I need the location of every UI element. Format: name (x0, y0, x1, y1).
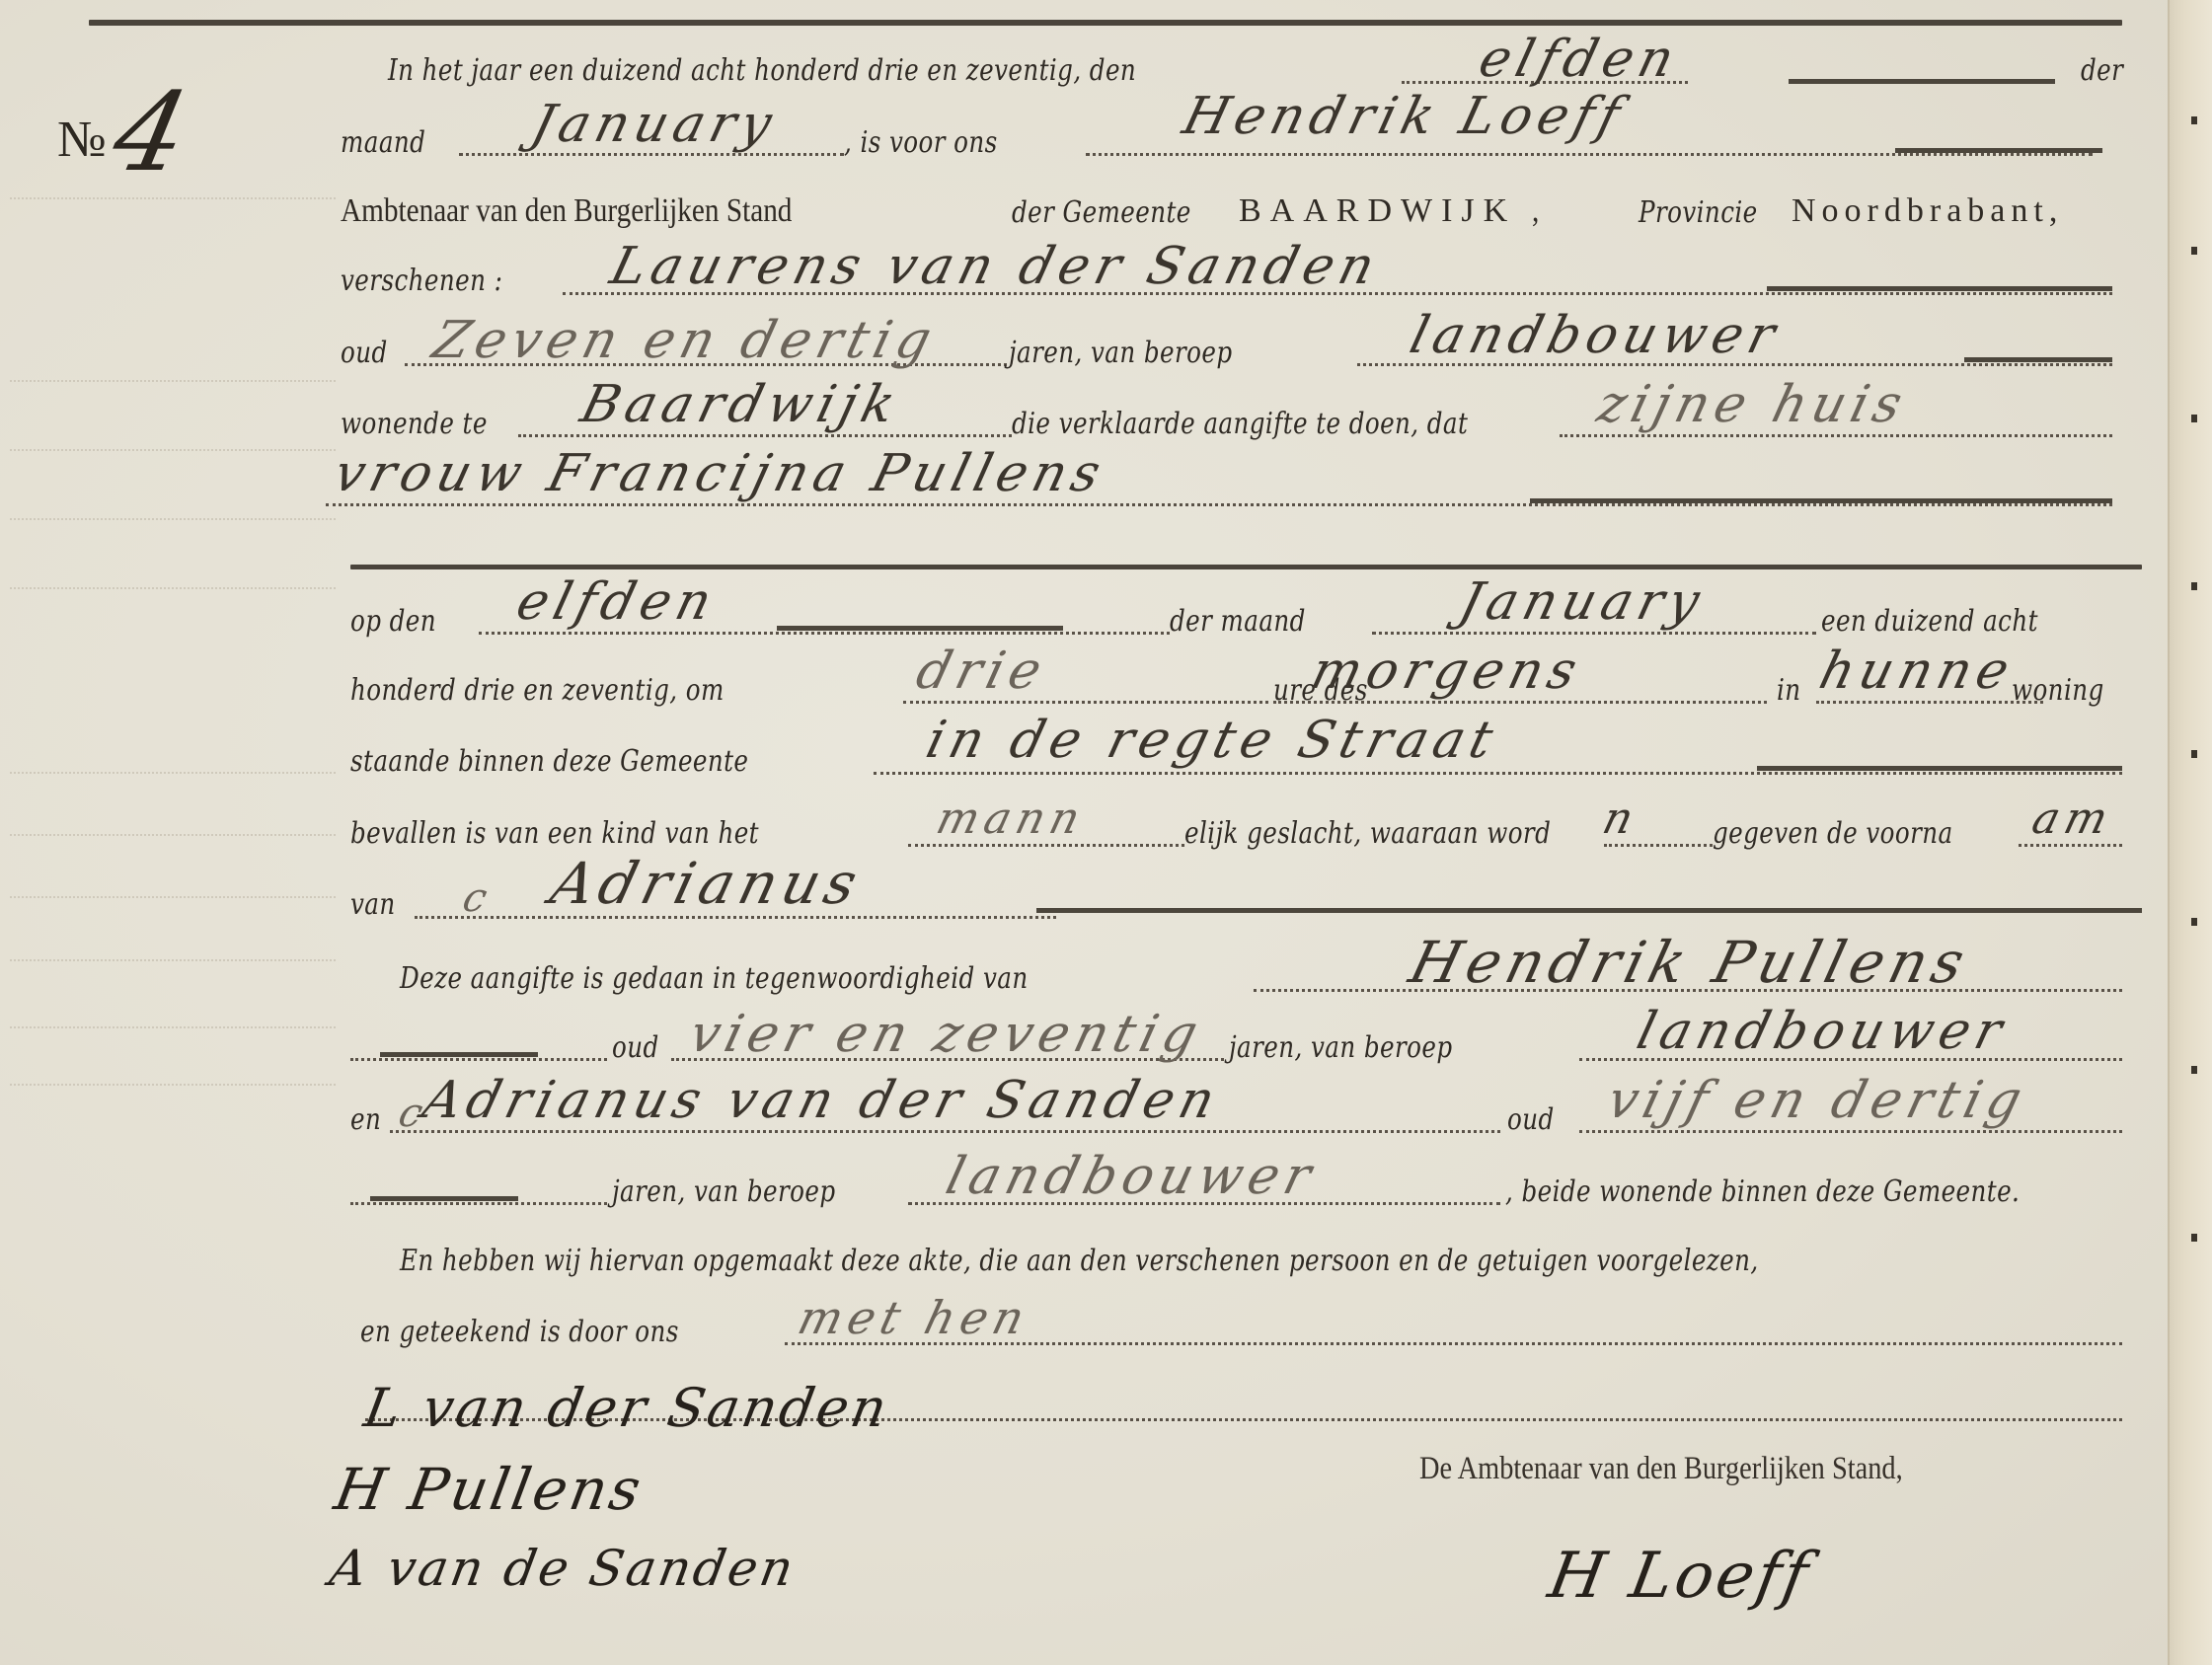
printed-text: Ambtenaar van den Burgerlijken Stand (341, 191, 792, 231)
signature-witness1: H Pullens (330, 1456, 648, 1523)
printed-text: op den (350, 602, 436, 642)
handwritten-voornaam-suffix: am (2026, 790, 2120, 849)
printed-text: maand (341, 123, 425, 163)
printed-text: wonende te (341, 405, 488, 444)
printed-text: , beide wonende binnen deze Gemeente. (1505, 1173, 2020, 1212)
printed-text: en geteekend is door ons (360, 1313, 679, 1352)
fill-dots (1816, 701, 2043, 704)
printed-text: bevallen is van een kind van het (350, 814, 759, 854)
printed-text: En hebben wij hiervan opgemaakt deze akt… (400, 1242, 1759, 1281)
show-through-line (10, 449, 336, 451)
fill-dash (1530, 498, 2112, 503)
edge-mark (2191, 1066, 2197, 1074)
handwritten-relation: zijne huis (1592, 375, 1914, 434)
handwritten-sex: mann (931, 790, 1093, 849)
handwritten-child-name: Adrianus (546, 854, 869, 913)
printed-text: een duizend acht (1821, 602, 2038, 642)
fill-dash (1789, 79, 2055, 84)
show-through-line (10, 834, 336, 836)
printed-text: gegeven de voorna (1713, 814, 1953, 854)
handwritten-month: January (526, 95, 784, 154)
show-through-line (10, 959, 336, 961)
edge-mark (2191, 582, 2197, 590)
fill-dash (370, 1196, 518, 1201)
handwritten-declarant-age: Zeven en dertig (427, 311, 944, 370)
show-through-line (10, 380, 336, 382)
handwritten-witness1-age: vier en zeventig (684, 1005, 1210, 1064)
fill-dash (777, 626, 1063, 631)
printed-text: van (350, 885, 396, 925)
fill-dots (1372, 632, 1816, 635)
signature-official: H Loeff (1543, 1540, 1815, 1613)
fill-dots (903, 701, 1268, 704)
fill-dash (1964, 357, 2112, 362)
fill-dots (874, 772, 2122, 775)
printed-text: In het jaar een duizend acht honderd dri… (388, 51, 1136, 91)
fill-dash (1895, 148, 2102, 153)
province-name: Noordbrabant, (1792, 191, 2063, 231)
fill-dots (1086, 153, 2093, 156)
printed-text: , is voor ons (844, 123, 998, 163)
handwritten-witness1-name: Hendrik Pullens (1405, 933, 1976, 992)
municipality-name: BAARDWIJK (1239, 191, 1516, 231)
signature-declarant: L van der Sanden (359, 1377, 894, 1439)
printed-text: der Gemeente (1012, 193, 1191, 233)
fill-dots (518, 434, 1012, 437)
printed-text: Provincie (1639, 193, 1758, 233)
fill-dots (350, 1202, 607, 1205)
printed-text: staande binnen deze Gemeente (350, 742, 748, 782)
handwritten-street: in de regte Straat (921, 711, 1505, 770)
printed-text: jaren, van beroep (1229, 1028, 1452, 1068)
printed-text: verschenen : (341, 262, 502, 301)
printed-text: oud (341, 334, 388, 373)
fill-dots (1560, 434, 2112, 437)
fill-dots (390, 1130, 1500, 1133)
handwritten-witness2-name: Adrianus van der Sanden (418, 1071, 1227, 1130)
closing-official-title: De Ambtenaar van den Burgerlijken Stand, (1419, 1451, 1903, 1487)
printed-text: oud (1507, 1100, 1555, 1140)
handwritten-residence: Baardwijk (575, 375, 907, 434)
top-rule (89, 20, 2122, 26)
printed-text: en (350, 1100, 381, 1140)
handwritten-witness1-occupation: landbouwer (1632, 1002, 2015, 1061)
handwritten-day: elfden (1474, 30, 1686, 89)
fill-dots (1579, 1130, 2122, 1133)
handwritten-birth-hour: drie (911, 642, 1054, 701)
fill-dots (479, 632, 1170, 635)
edge-mark (2191, 247, 2197, 255)
show-through-line (10, 772, 336, 774)
handwritten-signed-with: met hen (793, 1288, 1036, 1347)
show-through-line (10, 1026, 336, 1028)
fill-dash (380, 1052, 538, 1057)
edge-mark (2191, 415, 2197, 422)
fill-dots (326, 503, 2112, 506)
handwritten-declarant: Laurens van der Sanden (605, 237, 1387, 296)
printed-text: elijk geslacht, waaraan word (1184, 814, 1551, 854)
printed-text: jaren, van beroep (612, 1173, 835, 1212)
printed-text: der maand (1170, 602, 1306, 642)
show-through-line (10, 197, 336, 199)
fill-dots (350, 1058, 607, 1061)
printed-text: die verklaarde aangifte te doen, dat (1012, 405, 1468, 444)
show-through-line (10, 1084, 336, 1086)
handwritten-mother: vrouw Francijna Pullens (329, 444, 1112, 503)
handwritten-witness2-occupation: landbouwer (941, 1147, 1324, 1206)
handwritten-official: Hendrik Loeff (1178, 87, 1632, 146)
printed-text: der (2081, 51, 2123, 91)
handwritten-time-of-day: morgens (1306, 642, 1589, 701)
section-rule (350, 565, 2142, 569)
handwritten-declarant-occupation: landbouwer (1405, 306, 1788, 365)
fill-dash (1036, 908, 2142, 913)
fill-dash (1767, 286, 2112, 291)
handwritten-place-pronoun: hunne (1814, 642, 2021, 701)
fill-dash (1757, 766, 2122, 771)
printed-text: jaren, van beroep (1009, 334, 1232, 373)
act-number-label: № (57, 111, 107, 169)
edge-mark (2191, 750, 2197, 758)
printed-text: in (1777, 671, 1801, 711)
edge-mark (2191, 1234, 2197, 1242)
show-through-line (10, 587, 336, 589)
handwritten-birth-day: elfden (511, 572, 724, 632)
handwritten-birth-month: January (1454, 572, 1712, 632)
fill-dots (1273, 701, 1767, 704)
edge-mark (2191, 116, 2197, 124)
printed-text: woning (2012, 671, 2104, 711)
edge-mark (2191, 918, 2197, 926)
printed-text: oud (612, 1028, 659, 1068)
handwritten-witness2-age: vijf en dertig (1602, 1071, 2033, 1130)
printed-text: , (1532, 191, 1539, 231)
show-through-line (10, 896, 336, 898)
show-through-line (10, 518, 336, 520)
printed-text: honderd drie en zeventig, om (350, 671, 725, 711)
page-edge (2168, 0, 2212, 1665)
printed-text: Deze aangifte is gedaan in tegenwoordigh… (400, 959, 1029, 999)
signature-witness2: A van de Sanden (326, 1540, 801, 1597)
